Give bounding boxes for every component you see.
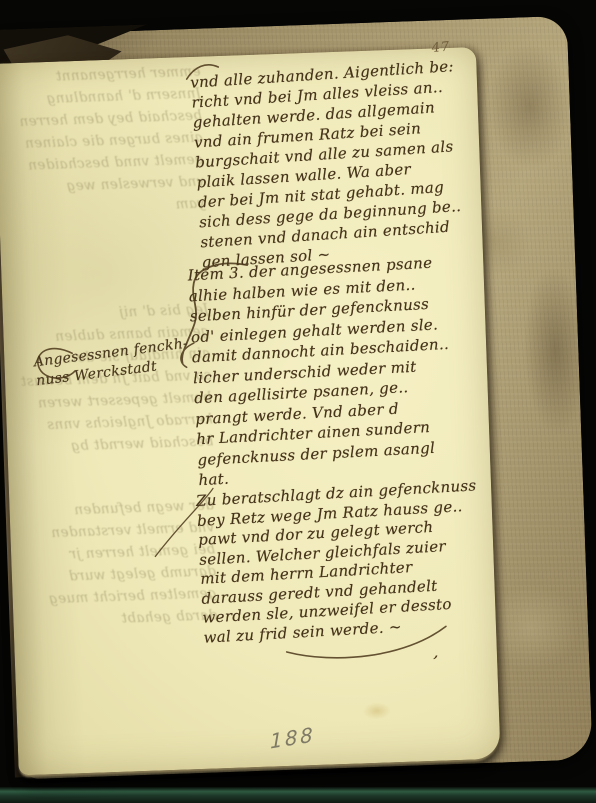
bound-volume: emmer herrgenannt Jnnsern d' hanndlung b… — [0, 16, 596, 788]
paragraph-1: vnd alle zuhanden. Aigentlich be: richt … — [190, 56, 466, 272]
manuscript-page: emmer herrgenannt Jnnsern d' hanndlung b… — [0, 47, 501, 775]
folio-number: 47 — [431, 39, 451, 56]
stray-ink-mark: ʼ — [430, 652, 439, 673]
verso-showthrough-block: der wegn befunden vnd ermelt verstanden … — [23, 494, 217, 633]
scan-bed-green-strip — [0, 787, 596, 803]
paragraph-3: Zu beratschlagt dz ain gefencknuss bey R… — [195, 476, 484, 647]
archive-page-number: 188 — [270, 722, 316, 753]
verso-showthrough-block: emmer herrgenannt Jnnsern d' hanndlung b… — [0, 61, 205, 222]
manuscript-scan: emmer herrgenannt Jnnsern d' hanndlung b… — [0, 0, 596, 803]
paragraph-2: Item 3. der angesessnen psane alhie halb… — [187, 252, 456, 491]
